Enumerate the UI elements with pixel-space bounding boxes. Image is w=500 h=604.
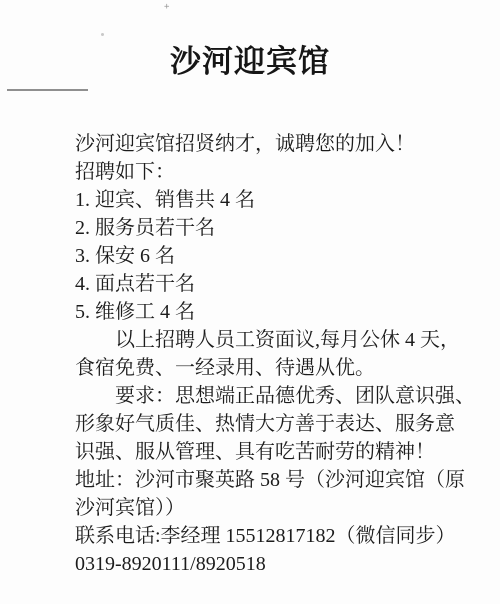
line-requirements-2: 形象好气质佳、热情大方善于表达、服务意 bbox=[75, 410, 453, 438]
scan-line-artifact bbox=[7, 89, 88, 91]
page-title: 沙河迎宾馆 bbox=[0, 36, 500, 81]
line-position-5: 5. 维修工 4 名 bbox=[75, 298, 453, 326]
line-position-2: 2. 服务员若干名 bbox=[75, 214, 453, 242]
line-position-1: 1. 迎宾、销售共 4 名 bbox=[75, 186, 453, 214]
line-contact-phone: 联系电话:李经理 15512817182（微信同步） bbox=[75, 522, 453, 550]
line-position-4: 4. 面点若干名 bbox=[75, 270, 453, 298]
line-requirements-3: 识强、服从管理、具有吃苦耐劳的精神！ bbox=[75, 438, 453, 466]
line-intro: 沙河迎宾馆招贤纳才，诚聘您的加入！ bbox=[75, 130, 453, 158]
line-terms-2: 食宿免费、一经录用、待遇从优。 bbox=[75, 354, 453, 382]
line-address-2: 沙河宾馆）） bbox=[75, 494, 453, 522]
line-landline-numbers: 0319-8920111/8920518 bbox=[75, 550, 453, 578]
line-address-1: 地址：沙河市聚英路 58 号（沙河迎宾馆（原 bbox=[75, 466, 453, 494]
line-position-3: 3. 保安 6 名 bbox=[75, 242, 453, 270]
line-recruiting-header: 招聘如下： bbox=[75, 158, 453, 186]
notice-body: 沙河迎宾馆招贤纳才，诚聘您的加入！ 招聘如下： 1. 迎宾、销售共 4 名 2.… bbox=[75, 130, 453, 578]
line-terms-1: 以上招聘人员工资面议,每月公休 4 天， bbox=[75, 326, 453, 354]
scan-speck-artifact: + bbox=[164, 2, 169, 12]
line-requirements-1: 要求：思想端正品德优秀、团队意识强、 bbox=[75, 382, 453, 410]
scanned-recruitment-notice: + 沙河迎宾馆 沙河迎宾馆招贤纳才，诚聘您的加入！ 招聘如下： 1. 迎宾、销售… bbox=[0, 0, 500, 604]
